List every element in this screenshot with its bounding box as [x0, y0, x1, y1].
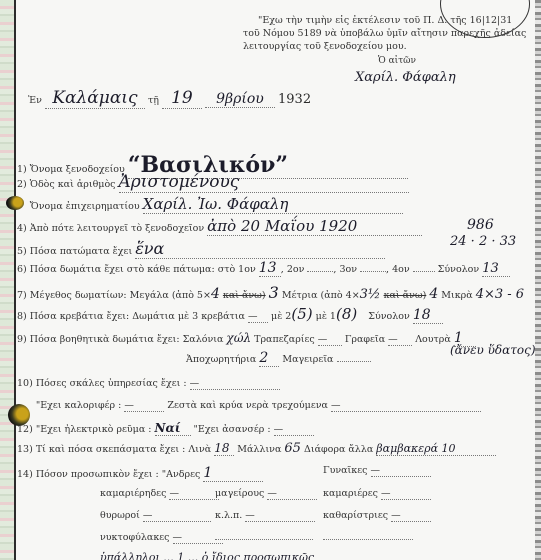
date-day-prefix: τῇ [148, 95, 159, 106]
kitchen-label: Μαγειρεῖα [282, 354, 333, 365]
one-bed-label: μὲ 1 [316, 311, 336, 322]
staff-row: μαγείρους — [215, 488, 317, 500]
field-owner: 3) Ὄνομα ἐπιχειρηματίου Χαρίλ. Ἰω. Φάφαλ… [17, 195, 403, 214]
field-num: 10) [17, 378, 33, 389]
staff-label: καμαριέρηδες [100, 488, 166, 499]
medium-label: Μέτρια (ἀπὸ 4× [282, 290, 360, 301]
date-day: 19 [162, 88, 202, 109]
wc-value: 2 [259, 350, 279, 367]
field-label: Πόσα δωμάτια ἔχει στὸ κάθε πάτωμα: [30, 264, 215, 275]
field-staff: 14) Πόσον προσωπικὸν ἔχει : "Ανδρες 1 [17, 465, 263, 482]
field-label: Ὁδὸς καὶ ἀριθμὸς [30, 179, 116, 190]
lift-value: — [274, 424, 314, 436]
applicant-label: Ὁ αἰτῶν [378, 56, 416, 66]
water-value: — [331, 400, 481, 412]
field-label: Μέγεθος δωματίων: [30, 290, 127, 301]
office-label: Γραφεῖα [345, 334, 385, 345]
men-value: 1 [203, 465, 263, 482]
partial-bottom-line: ὑπάλληλοι ... 1 ... ὁ ἴδιος προσωπικῶς [100, 551, 314, 560]
salon-value: χώλ [226, 331, 251, 345]
salon-label: Σαλόνια [183, 334, 224, 345]
field-label: "Εχει καλοριφέρ : [36, 400, 122, 411]
field-label: Πόσα βοηθητικὰ δωμάτια ἔχει: [30, 334, 180, 345]
field-rooms-per-floor: 6) Πόσα δωμάτια ἔχει στὸ κάθε πάτωμα: στ… [17, 260, 510, 277]
date-prefix: Ἐν [28, 95, 42, 106]
staff-value: — [381, 488, 431, 500]
beds-total-label: Σύνολον [368, 311, 410, 322]
men-label: "Ανδρες [162, 469, 201, 480]
field-since: 4) Ἀπὸ πότε λειτουργεῖ τὸ ξενοδοχεῖον ἀπ… [17, 217, 422, 236]
floor-1-value: 13 [259, 260, 281, 277]
one-bed-value: (8) [336, 305, 357, 323]
floor-4-label: 4ον [392, 264, 410, 275]
signature: Χαρίλ. Φάφαλη [355, 70, 456, 85]
field-beds: 8) Πόσα κρεβάτια ἔχει: Δωμάτια μὲ 3 κρεβ… [17, 305, 443, 324]
binding-strip [0, 0, 14, 560]
field-label: Ἀπὸ πότε λειτουργεῖ τὸ ξενοδοχεῖον [30, 223, 204, 234]
staff-row: καμαριέρες — [323, 488, 431, 500]
field-value: ἕνα [135, 239, 385, 259]
staff-row: καθαρίστριες — [323, 510, 431, 522]
field-label: Ὄνομα ἐπιχειρηματίου [30, 201, 140, 212]
staff-value: — [245, 510, 315, 522]
medium-dim: 3½ [360, 287, 381, 302]
field-num: 9) [17, 334, 27, 345]
lift-label: "Εχει ἀσανσέρ : [194, 424, 271, 435]
wc-label: Ἀποχωρητήρια [186, 354, 256, 365]
water-label: Ζεστὰ καὶ κρύα νερὰ τρεχούμενα [167, 400, 328, 411]
staff-label: νυκτοφύλακες [100, 532, 170, 543]
field-label: Πόσες σκάλες ὑπηρεσίας ἔχει : [36, 378, 187, 389]
field-label: Τί καὶ πόσα σκεπάσματα ἔχει : [36, 444, 186, 455]
field-num: 13) [17, 444, 33, 455]
floors-total-label: Σύνολον [438, 264, 480, 275]
staff-women: Γυναῖκες — [323, 465, 431, 477]
floors-total-value: 13 [482, 261, 510, 277]
bath-note: (ἄνευ ὕδατος) [450, 343, 536, 357]
margin-note-number: 986 [467, 217, 494, 233]
staff-label: μαγείρους [215, 488, 264, 499]
field-value: Ἀριστομένους [119, 172, 409, 193]
staff-label: καθαρίστριες [323, 510, 388, 521]
bath-label: Λουτρὰ [415, 334, 451, 345]
staff-row [323, 532, 413, 543]
kitchen-value [337, 361, 371, 362]
field-num: 5) [17, 246, 27, 257]
wool-label: Μάλλινα [237, 444, 281, 455]
field-value: ἀπὸ 20 Μαΐου 1920 [207, 217, 422, 236]
field-value: Ναί [155, 421, 191, 436]
staff-label: θυρωροί [100, 510, 140, 521]
staff-value [323, 539, 413, 540]
floor-2-value [307, 271, 333, 272]
field-room-size: 7) Μέγεθος δωματίων: Μεγάλα (ἀπὸ 5×4 καὶ… [17, 283, 524, 302]
office-value: — [388, 334, 412, 346]
field-num: 14) [17, 469, 33, 480]
field-num: 2) [17, 179, 27, 190]
field-wc-kitchen: Ἀποχωρητήρια 2 Μαγειρεῖα [186, 350, 371, 367]
staff-row: καμαριέρηδες — [100, 488, 219, 500]
field-aux-rooms: 9) Πόσα βοηθητικὰ δωμάτια ἔχει: Σαλόνια … [17, 330, 476, 347]
field-label: Πόσα πατώματα ἔχει [30, 246, 132, 257]
field-label: Πόσον προσωπικὸν ἔχει : [36, 469, 159, 480]
wool-value: 65 [284, 441, 301, 456]
linen-label: Λινὰ [188, 444, 211, 455]
dining-value: — [318, 334, 342, 346]
floor-2-label: 2ον [287, 264, 305, 275]
field-num: 6) [17, 264, 27, 275]
beds-total-value: 18 [413, 307, 443, 324]
margin-note-date: 24 · 2 · 33 [450, 234, 516, 249]
field-label: Πόσα κρεβάτια ἔχει: [30, 311, 129, 322]
three-bed-value: — [248, 311, 268, 323]
women-value: — [371, 465, 431, 477]
staff-label: κ.λ.π. [215, 510, 242, 521]
staff-value: — [267, 488, 317, 500]
edge-strip [535, 0, 541, 560]
staff-value: — [143, 510, 211, 522]
large-value: 3 [269, 283, 279, 302]
field-num: 7) [17, 290, 27, 301]
floor-1-label: στὸ 1ον [218, 264, 256, 275]
two-bed-label: μὲ 2 [271, 311, 291, 322]
other-label: Διάφορα ἄλλα [304, 444, 373, 455]
staff-value: — [391, 510, 431, 522]
staff-row [215, 532, 313, 543]
linen-value: 18 [214, 441, 234, 456]
field-value: — [190, 378, 280, 390]
field-heating: 11) "Εχει καλοριφέρ : — Ζεστὰ καὶ κρύα ν… [17, 400, 481, 412]
field-floors: 5) Πόσα πατώματα ἔχει ἕνα [17, 239, 385, 259]
field-electric: 12) "Εχει ἠλεκτρικὸ ρεῦμα : Ναί "Εχει ἀσ… [17, 421, 314, 436]
date-line: Ἐν Καλάμαις τῇ 19 9βρίου 1932 [28, 88, 311, 109]
field-label: "Εχει ἠλεκτρικὸ ρεῦμα : [36, 424, 152, 435]
small-value: 4×3 - 6 [476, 287, 524, 302]
three-bed-label: Δωμάτια μὲ 3 κρεβάτια [132, 311, 245, 322]
staff-value: — [169, 488, 219, 500]
floor-3-label: 3ον [339, 264, 357, 275]
staff-row: θυρωροί — [100, 510, 211, 522]
field-num: 8) [17, 311, 27, 322]
floor-4-value [413, 271, 435, 272]
dining-label: Τραπεζαρίες [254, 334, 315, 345]
field-stairs: 10) Πόσες σκάλες ὑπηρεσίας ἔχει : — [17, 378, 280, 390]
women-label: Γυναῖκες [323, 465, 367, 476]
field-street: 2) Ὁδὸς καὶ ἀριθμὸς Ἀριστομένους [17, 172, 409, 193]
field-num: 12) [17, 424, 33, 435]
field-num: 4) [17, 223, 27, 234]
field-covers: 13) Τί καὶ πόσα σκεπάσματα ἔχει : Λινὰ 1… [17, 441, 496, 456]
staff-row: νυκτοφύλακες — [100, 532, 223, 544]
date-place: Καλάμαις [45, 88, 145, 109]
small-label: Μικρὰ [441, 290, 472, 301]
field-value: Χαρίλ. Ἰω. Φάφαλη [143, 195, 403, 214]
date-year: 1932 [278, 92, 311, 107]
large-label: Μεγάλα (ἀπὸ 5× [130, 290, 211, 301]
large-dim: 4 [211, 286, 220, 302]
medium-struck: καὶ ἄνω) [384, 290, 427, 301]
two-bed-value: (5) [291, 305, 312, 323]
staff-row: κ.λ.π. — [215, 510, 315, 522]
field-value: — [124, 400, 164, 412]
petition-line-3: λειτουργίας τοῦ ξενοδοχείου μου. [243, 41, 407, 52]
other-value: βαμβακερά 10 [376, 442, 496, 456]
floor-3-value [360, 271, 386, 272]
date-month: 9βρίου [205, 91, 275, 108]
staff-label: καμαριέρες [323, 488, 378, 499]
large-struck: καὶ ἄνω) [223, 290, 266, 301]
margin-rule [14, 0, 16, 560]
staff-value [215, 539, 313, 540]
medium-value: 4 [429, 286, 438, 302]
